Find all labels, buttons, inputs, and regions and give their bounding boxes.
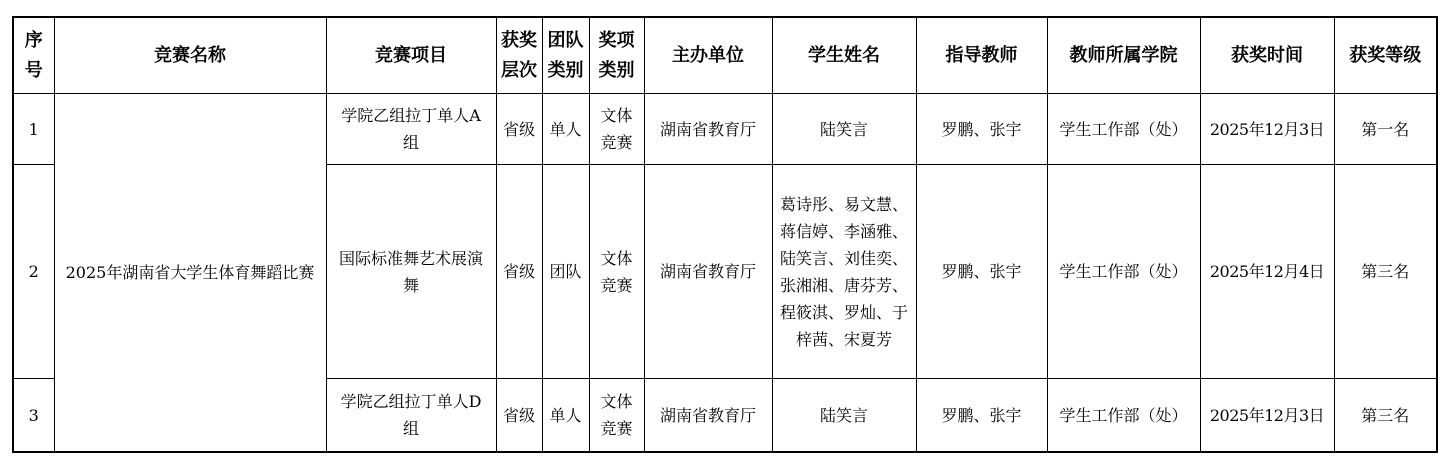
student-names-line-5: 程筱淇、罗灿、于	[776, 299, 913, 326]
cell-team-type: 单人	[542, 94, 589, 165]
cell-organizer: 湖南省教育厅	[644, 165, 772, 379]
cell-seq: 2	[13, 165, 54, 379]
header-award-category-line-2: 类别	[593, 56, 641, 86]
cell-competition-name: 2025年湖南省大学生体育舞蹈比赛	[54, 94, 326, 453]
competition-item-line-1: 学院乙组拉丁单人D	[330, 388, 493, 415]
competition-item-line-2: 舞	[330, 272, 493, 299]
cell-advisor: 罗鹏、张宇	[916, 379, 1047, 453]
header-advisor-college: 教师所属学院	[1047, 17, 1200, 94]
cell-advisor-college: 学生工作部（处）	[1047, 94, 1200, 165]
cell-advisor-college: 学生工作部（处）	[1047, 165, 1200, 379]
award-category-line-2: 竞赛	[593, 272, 641, 299]
header-row: 序 号 竞赛名称 竞赛项目 获奖 层次 团队 类别 奖项 类别 主办单位	[13, 17, 1437, 94]
header-award-level-line-2: 层次	[500, 56, 539, 86]
header-team-type: 团队 类别	[542, 17, 589, 94]
cell-award-level: 省级	[496, 379, 542, 453]
cell-competition-item: 学院乙组拉丁单人A 组	[326, 94, 496, 165]
cell-student-names: 葛诗彤、易文慧、 蒋信婷、李涵雅、 陆笑言、刘佳奕、 张湘湘、唐芬芳、 程筱淇、…	[772, 165, 916, 379]
cell-award-date: 2025年12月3日	[1200, 379, 1334, 453]
cell-award-date: 2025年12月4日	[1200, 165, 1334, 379]
header-award-level-line-1: 获奖	[500, 26, 539, 56]
header-competition-item: 竞赛项目	[326, 17, 496, 94]
award-category-line-1: 文体	[593, 102, 641, 129]
student-names-line-3: 陆笑言、刘佳奕、	[776, 245, 913, 272]
award-category-line-2: 竞赛	[593, 129, 641, 156]
student-names-line-2: 蒋信婷、李涵雅、	[776, 218, 913, 245]
competition-item-line-1: 国际标准舞艺术展演	[330, 245, 493, 272]
cell-award-date: 2025年12月3日	[1200, 94, 1334, 165]
cell-award-level: 省级	[496, 165, 542, 379]
cell-advisor-college: 学生工作部（处）	[1047, 379, 1200, 453]
header-award-category: 奖项 类别	[589, 17, 644, 94]
cell-award-grade: 第一名	[1334, 94, 1437, 165]
cell-award-grade: 第三名	[1334, 379, 1437, 453]
header-team-type-line-2: 类别	[546, 56, 586, 86]
cell-organizer: 湖南省教育厅	[644, 94, 772, 165]
cell-student-names: 陆笑言	[772, 94, 916, 165]
cell-student-names: 陆笑言	[772, 379, 916, 453]
cell-award-level: 省级	[496, 94, 542, 165]
student-names-line-6: 梓茜、宋夏芳	[776, 326, 913, 353]
cell-award-category: 文体 竞赛	[589, 379, 644, 453]
competition-item-line-2: 组	[330, 415, 493, 442]
student-names-line-1: 葛诗彤、易文慧、	[776, 191, 913, 218]
header-award-level: 获奖 层次	[496, 17, 542, 94]
cell-organizer: 湖南省教育厅	[644, 379, 772, 453]
cell-award-grade: 第三名	[1334, 165, 1437, 379]
cell-seq: 1	[13, 94, 54, 165]
student-names-line-4: 张湘湘、唐芬芳、	[776, 272, 913, 299]
award-category-line-1: 文体	[593, 388, 641, 415]
cell-competition-item: 国际标准舞艺术展演 舞	[326, 165, 496, 379]
award-category-line-1: 文体	[593, 245, 641, 272]
cell-award-category: 文体 竞赛	[589, 165, 644, 379]
header-competition-name: 竞赛名称	[54, 17, 326, 94]
cell-competition-item: 学院乙组拉丁单人D 组	[326, 379, 496, 453]
header-organizer: 主办单位	[644, 17, 772, 94]
award-category-line-2: 竞赛	[593, 415, 641, 442]
header-award-date: 获奖时间	[1200, 17, 1334, 94]
header-team-type-line-1: 团队	[546, 26, 586, 56]
page: 序 号 竞赛名称 竞赛项目 获奖 层次 团队 类别 奖项 类别 主办单位	[0, 0, 1448, 470]
header-student-names: 学生姓名	[772, 17, 916, 94]
competition-item-line-1: 学院乙组拉丁单人A	[330, 102, 493, 129]
cell-seq: 3	[13, 379, 54, 453]
cell-advisor: 罗鹏、张宇	[916, 94, 1047, 165]
header-award-category-line-1: 奖项	[593, 26, 641, 56]
cell-team-type: 团队	[542, 165, 589, 379]
header-seq-line-1: 序	[17, 26, 51, 56]
cell-team-type: 单人	[542, 379, 589, 453]
cell-advisor: 罗鹏、张宇	[916, 165, 1047, 379]
header-advisor: 指导教师	[916, 17, 1047, 94]
table-row: 1 2025年湖南省大学生体育舞蹈比赛 学院乙组拉丁单人A 组 省级 单人 文体…	[13, 94, 1437, 165]
cell-award-category: 文体 竞赛	[589, 94, 644, 165]
header-award-grade: 获奖等级	[1334, 17, 1437, 94]
awards-table: 序 号 竞赛名称 竞赛项目 获奖 层次 团队 类别 奖项 类别 主办单位	[12, 16, 1438, 453]
header-seq-line-2: 号	[17, 56, 51, 86]
header-seq: 序 号	[13, 17, 54, 94]
competition-item-line-2: 组	[330, 129, 493, 156]
